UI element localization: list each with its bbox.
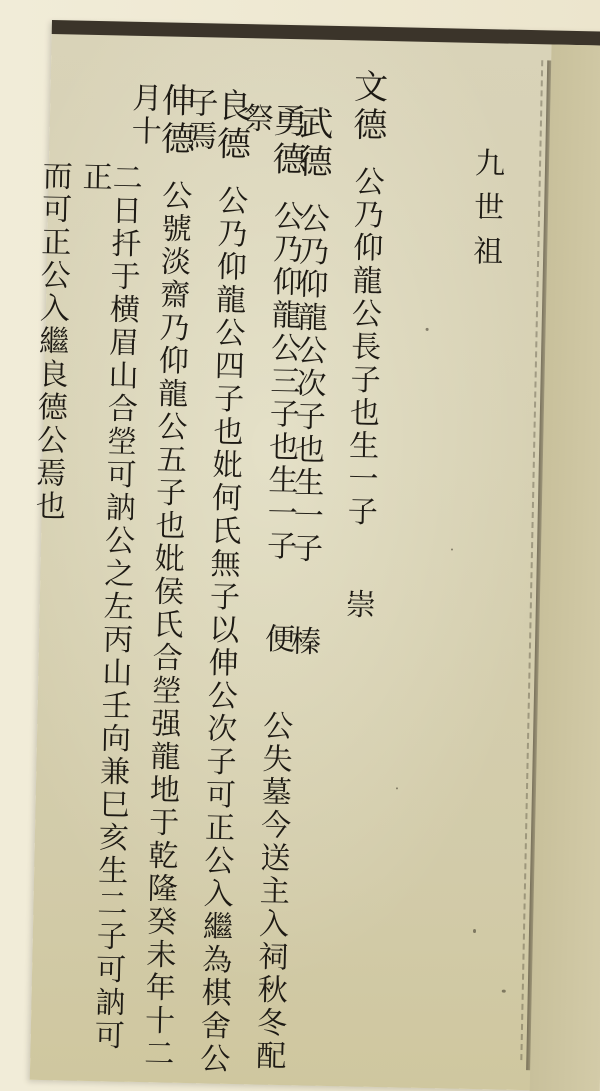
- generation-title: 九世祖: [469, 147, 502, 280]
- paper-speck: [473, 929, 476, 933]
- paper-speck: [426, 328, 429, 331]
- paper-speck: [451, 548, 453, 550]
- photo-stage: 九世祖 文德 公乃仰龍公長子也生一子 崇 武德 公乃仰龍公次子也生一子 榛 勇德…: [0, 0, 600, 1091]
- page-top-border: [52, 20, 600, 46]
- entry-name: 文德: [346, 68, 388, 145]
- entry-child: 崇: [339, 588, 375, 622]
- entry-wende: 文德 公乃仰龍公長子也生一子 崇: [339, 68, 385, 622]
- paper-speck: [396, 787, 398, 789]
- entry-text: 公乃仰龍公長子也生一子: [341, 165, 384, 529]
- genealogy-page: 九世祖 文德 公乃仰龍公長子也生一子 崇 武德 公乃仰龍公次子也生一子 榛 勇德…: [30, 20, 600, 1091]
- entry-child: 便: [259, 622, 295, 656]
- entry-final-line: 而可正公入繼良德公焉也: [31, 160, 69, 524]
- paper-speck: [502, 990, 506, 993]
